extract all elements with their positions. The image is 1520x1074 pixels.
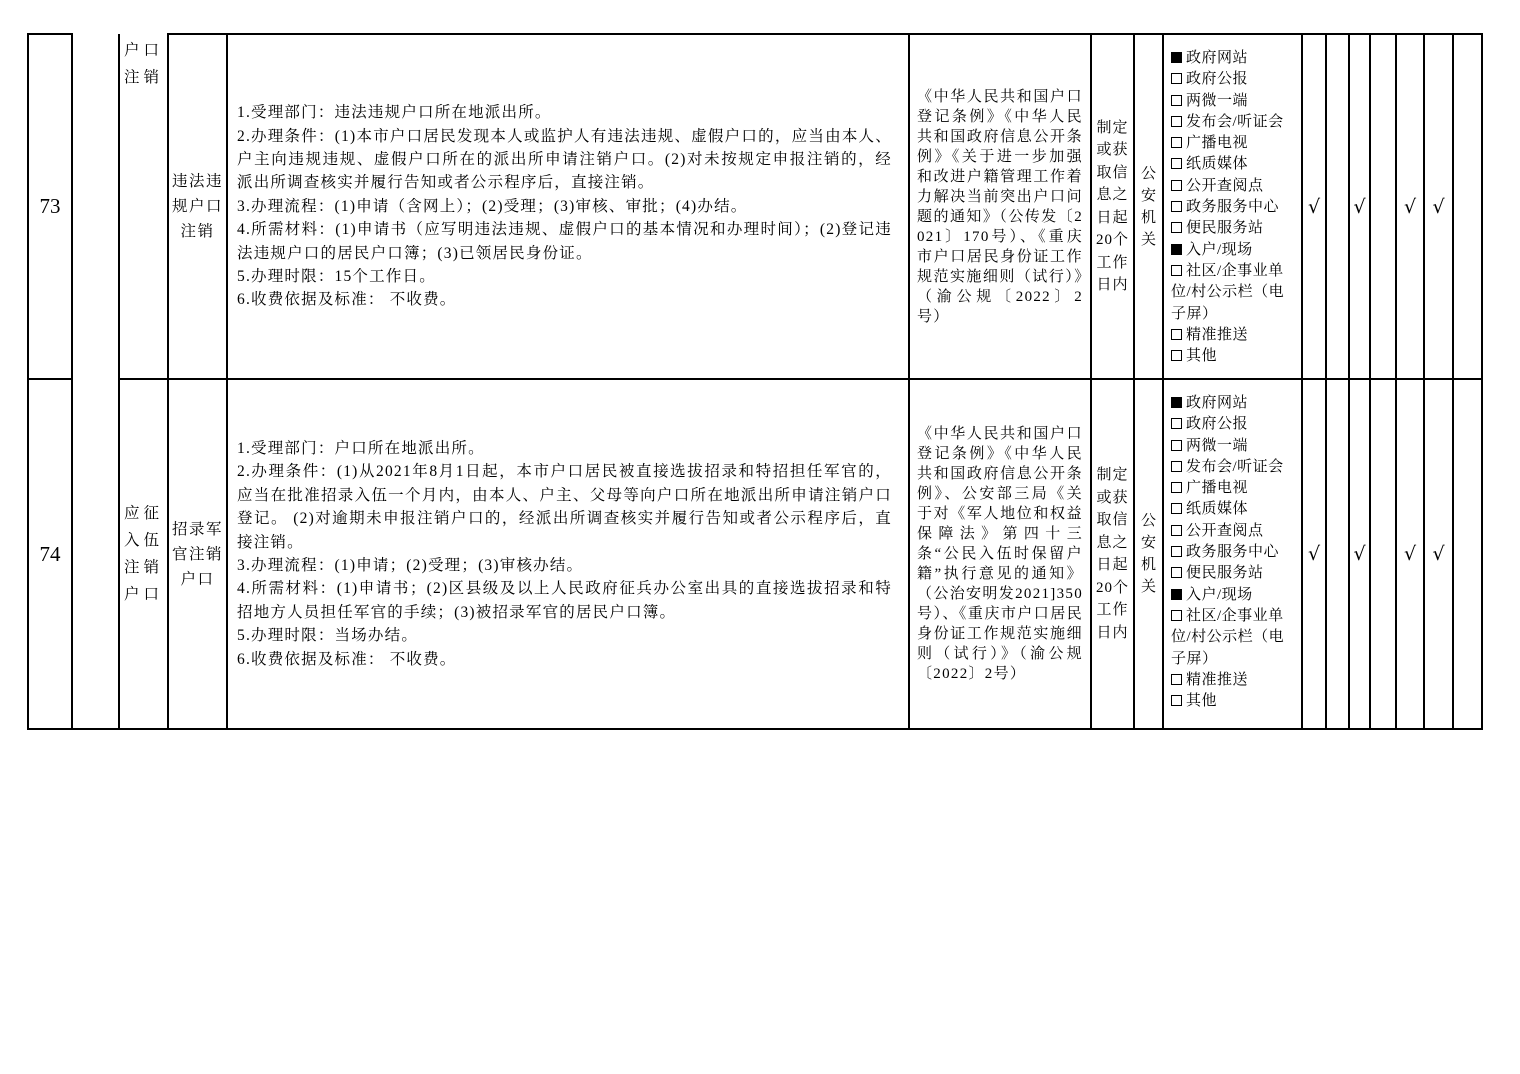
channel-item: 精准推送 <box>1171 325 1298 346</box>
checkbox-icon <box>1171 695 1182 706</box>
channel-item: 入户/现场 <box>1171 240 1298 261</box>
channel-label: 其他 <box>1186 348 1217 364</box>
detail-line: 3.办理流程：(1)申请（含网上）；(2)受理；(3)审核、审批；(4)办结。 <box>237 195 892 218</box>
channel-label: 政务服务中心 <box>1186 199 1279 215</box>
checkbox-icon <box>1171 350 1182 361</box>
channel-label: 政府网站 <box>1186 50 1248 66</box>
channel-item: 政务服务中心 <box>1171 542 1298 563</box>
checkbox-icon <box>1171 461 1182 472</box>
channel-label: 政府公报 <box>1186 71 1248 87</box>
channel-label: 发布会/听证会 <box>1186 114 1284 130</box>
channel-item: 公开查阅点 <box>1171 521 1298 542</box>
check-mark-cell: √ <box>1396 379 1424 729</box>
check-mark-cell: √ <box>1349 379 1370 729</box>
check-mark-cell <box>1326 34 1349 379</box>
check-mark-cell: √ <box>1302 379 1326 729</box>
checkbox-icon <box>1171 567 1182 578</box>
channel-label: 两微一端 <box>1186 93 1248 109</box>
check-mark-cell <box>1370 379 1396 729</box>
channel-label: 广播电视 <box>1186 480 1248 496</box>
channel-item: 社区/企事业单位/村公示栏（电子屏） <box>1171 606 1298 670</box>
agency-cell: 公安机关 <box>1134 34 1163 379</box>
channel-item: 其他 <box>1171 691 1298 712</box>
channel-label: 精准推送 <box>1186 672 1248 688</box>
category-cell: 应征入伍注销户口 <box>119 379 168 729</box>
channel-label: 纸质媒体 <box>1186 501 1248 517</box>
channel-item: 精准推送 <box>1171 670 1298 691</box>
checkbox-icon <box>1171 137 1182 148</box>
detail-line: 5.办理时限：当场办结。 <box>237 624 892 647</box>
channel-item: 两微一端 <box>1171 436 1298 457</box>
channel-item: 纸质媒体 <box>1171 499 1298 520</box>
channel-label: 两微一端 <box>1186 438 1248 454</box>
check-mark-cell <box>1453 34 1482 379</box>
channel-label: 政府公报 <box>1186 416 1248 432</box>
channel-item: 纸质媒体 <box>1171 154 1298 175</box>
checkbox-icon <box>1171 158 1182 169</box>
seq-cell: 73 <box>28 34 72 379</box>
detail-line: 3.办理流程：(1)申请；(2)受理；(3)审核办结。 <box>237 554 892 577</box>
channel-label: 纸质媒体 <box>1186 156 1248 172</box>
channel-label: 便民服务站 <box>1186 220 1264 236</box>
channel-item: 政府网站 <box>1171 393 1298 414</box>
checkbox-icon <box>1171 418 1182 429</box>
channel-label: 公开查阅点 <box>1186 523 1264 539</box>
legal-basis-cell: 《中华人民共和国户口登记条例》《中华人民共和国政府信息公开条例》、公安部三局《关… <box>909 379 1091 729</box>
seq-cell: 74 <box>28 379 72 729</box>
channel-item: 入户/现场 <box>1171 585 1298 606</box>
checkbox-icon <box>1171 397 1182 408</box>
category-cell: 户口注销 <box>119 34 168 379</box>
checkbox-icon <box>1171 503 1182 514</box>
checkbox-icon <box>1171 52 1182 63</box>
channel-item: 社区/企事业单位/村公示栏（电子屏） <box>1171 261 1298 325</box>
channel-label: 社区/企事业单位/村公示栏（电子屏） <box>1171 263 1284 322</box>
checkbox-icon <box>1171 73 1182 84</box>
checkbox-icon <box>1171 116 1182 127</box>
channel-item: 便民服务站 <box>1171 218 1298 239</box>
agency-cell: 公安机关 <box>1134 379 1163 729</box>
checkbox-icon <box>1171 674 1182 685</box>
channel-item: 公开查阅点 <box>1171 176 1298 197</box>
channel-label: 政务服务中心 <box>1186 544 1279 560</box>
channel-label: 入户/现场 <box>1186 242 1253 258</box>
channel-item: 其他 <box>1171 346 1298 367</box>
check-mark-cell <box>1326 379 1349 729</box>
check-mark-cell: √ <box>1424 34 1453 379</box>
checkbox-icon <box>1171 329 1182 340</box>
details-cell: 1.受理部门：户口所在地派出所。 2.办理条件：(1)从2021年8月1日起，本… <box>227 379 909 729</box>
detail-line: 6.收费依据及标准： 不收费。 <box>237 648 892 671</box>
disclosure-table: 73 户口注销 违法违规户口注销 1.受理部门：违法违规户口所在地派出所。 2.… <box>27 33 1483 730</box>
check-mark-cell: √ <box>1302 34 1326 379</box>
checkbox-icon <box>1171 525 1182 536</box>
check-mark-cell <box>1370 34 1396 379</box>
channel-label: 精准推送 <box>1186 327 1248 343</box>
checkbox-icon <box>1171 265 1182 276</box>
channel-item: 广播电视 <box>1171 478 1298 499</box>
legal-basis-cell: 《中华人民共和国户口登记条例》《中华人民共和国政府信息公开条例》《关于进一步加强… <box>909 34 1091 379</box>
channel-label: 发布会/听证会 <box>1186 459 1284 475</box>
channel-item: 政务服务中心 <box>1171 197 1298 218</box>
channel-item: 政府网站 <box>1171 48 1298 69</box>
detail-line: 4.所需材料：(1)申请书；(2)区县级及以上人民政府征兵办公室出具的直接选拔招… <box>237 577 892 624</box>
time-limit-cell: 制定或获取信息之日起20个工作日内 <box>1091 379 1134 729</box>
check-mark-cell: √ <box>1349 34 1370 379</box>
checkbox-icon <box>1171 546 1182 557</box>
channel-label: 其他 <box>1186 693 1217 709</box>
group-cell <box>72 34 119 729</box>
checkbox-icon <box>1171 95 1182 106</box>
checkbox-icon <box>1171 610 1182 621</box>
details-cell: 1.受理部门：违法违规户口所在地派出所。 2.办理条件：(1)本市户口居民发现本… <box>227 34 909 379</box>
detail-line: 1.受理部门：违法违规户口所在地派出所。 <box>237 101 892 124</box>
checkbox-icon <box>1171 244 1182 255</box>
channel-item: 政府公报 <box>1171 414 1298 435</box>
checkbox-icon <box>1171 222 1182 233</box>
detail-line: 1.受理部门：户口所在地派出所。 <box>237 437 892 460</box>
channel-item: 便民服务站 <box>1171 563 1298 584</box>
detail-line: 4.所需材料：(1)申请书（应写明违法违规、虚假户口的基本情况和办理时间）；(2… <box>237 218 892 265</box>
checkbox-icon <box>1171 440 1182 451</box>
page: { "table": { "group": "", "rows": [ { "s… <box>0 0 1520 1074</box>
check-mark-cell <box>1453 379 1482 729</box>
channels-cell: 政府网站 政府公报 两微一端 发布会/听证会 广播电视 纸质媒体 公开查阅点 政… <box>1163 34 1302 379</box>
checkbox-icon <box>1171 589 1182 600</box>
checkbox-icon <box>1171 180 1182 191</box>
item-cell: 违法违规户口注销 <box>168 34 227 379</box>
channel-item: 两微一端 <box>1171 91 1298 112</box>
channel-label: 社区/企事业单位/村公示栏（电子屏） <box>1171 608 1284 667</box>
channel-item: 广播电视 <box>1171 133 1298 154</box>
channels-cell: 政府网站 政府公报 两微一端 发布会/听证会 广播电视 纸质媒体 公开查阅点 政… <box>1163 379 1302 729</box>
detail-line: 5.办理时限：15个工作日。 <box>237 265 892 288</box>
checkbox-icon <box>1171 482 1182 493</box>
item-cell: 招录军官注销户口 <box>168 379 227 729</box>
detail-line: 2.办理条件：(1)从2021年8月1日起，本市户口居民被直接选拔招录和特招担任… <box>237 460 892 554</box>
channel-item: 发布会/听证会 <box>1171 457 1298 478</box>
channel-label: 便民服务站 <box>1186 565 1264 581</box>
check-mark-cell: √ <box>1424 379 1453 729</box>
checkbox-icon <box>1171 201 1182 212</box>
time-limit-cell: 制定或获取信息之日起20个工作日内 <box>1091 34 1134 379</box>
channel-label: 政府网站 <box>1186 395 1248 411</box>
channel-label: 广播电视 <box>1186 135 1248 151</box>
channel-label: 公开查阅点 <box>1186 178 1264 194</box>
channel-item: 发布会/听证会 <box>1171 112 1298 133</box>
channel-label: 入户/现场 <box>1186 587 1253 603</box>
detail-line: 6.收费依据及标准： 不收费。 <box>237 288 892 311</box>
channel-item: 政府公报 <box>1171 69 1298 90</box>
detail-line: 2.办理条件：(1)本市户口居民发现本人或监护人有违法违规、虚假户口的，应当由本… <box>237 125 892 195</box>
check-mark-cell: √ <box>1396 34 1424 379</box>
